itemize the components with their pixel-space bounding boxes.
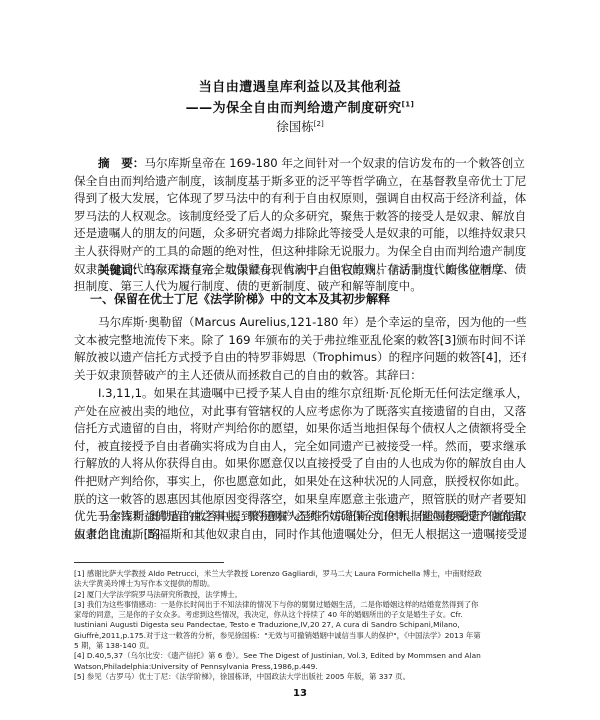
abstract-line: 罗马法的人权观念。该制度经受了后人的众多研究，聚焦于敕答的接受人是奴隶、解放自由… xyxy=(74,208,526,226)
footnote-4: [4] D.40,5,37（乌尔比安：《遗产信托》第 6 卷）。See The … xyxy=(74,651,526,661)
footnote-3-cont: 5 期，第 138-140 页。 xyxy=(74,641,526,651)
article-title-text: 当自由遭遇皇库利益以及其他利益 xyxy=(199,80,402,95)
abstract-label: 摘 要： xyxy=(98,156,144,170)
author-name: 徐国栋[2] xyxy=(0,117,600,135)
footnote-3: [3] 我们为这些事情感动：一是你长时间出于不知法律的情况下与你的舅舅过婚姻生活… xyxy=(74,600,526,610)
keywords-text: 马尔库斯皇帝；奴隶赎身；有利于自由权原则；信访制度；斯多亚哲学 xyxy=(144,263,503,277)
paragraph-line: 关于奴隶顶替破产的主人还债从而拯救自己的自由的敕答。其辞曰： xyxy=(74,367,526,385)
article-subtitle: ——为保全自由而判给遗产制度研究[1] xyxy=(0,97,600,116)
footnote-5: [5] 参见（古罗马）优士丁尼：《法学阶梯》，徐国栋译，中国政法大学出版社 20… xyxy=(74,672,526,682)
footnote-2: [2] 厦门大学法学院罗马法研究所教授，法学博士。 xyxy=(74,590,526,600)
keywords-label: 关键词： xyxy=(98,263,144,277)
footnote-3-cont: Giuffrè,2011,p.175.对于这一敕答的分析，参见徐国栋："无效与可… xyxy=(74,631,526,641)
article-title: 当自由遭遇皇库利益以及其他利益 xyxy=(0,76,600,95)
paragraph-line: 文本被完整地流传下来。除了 169 年颁布的关于弗拉维亚乱伦案的敕答[3]颁布时… xyxy=(74,332,526,350)
footnote-1: [1] 感谢比萨大学教授 Aldo Petrucci，米兰大学教授 Lorenz… xyxy=(74,569,526,579)
footnote-ref-1[interactable]: [1] xyxy=(402,101,415,109)
quote-line: 信托方式遗留的自由，将财产判给你的愿望，如果你适当地担保每个债权人之债额将受全额… xyxy=(74,420,526,438)
footnote-3-cont: Iustiniani Augusti Digesta seu Pandectae… xyxy=(74,620,526,630)
article-subtitle-text: ——为保全自由而判给遗产制度研究 xyxy=(186,101,402,116)
quote-line: 付，被直接授予自由者确实将成为自由人，完全如同遗产已被接受一样。然而，要求继承人… xyxy=(74,438,526,456)
document-page: 当自由遭遇皇库利益以及其他利益 ——为保全自由而判给遗产制度研究[1] 徐国栋[… xyxy=(0,0,600,720)
section-heading: 一、保留在优士丁尼《法学阶梯》中的文本及其初步解释 xyxy=(90,290,390,307)
paragraph-line: 马尔库斯·奥勒留的敕答中提到的遗嘱人是维尔京纽斯·瓦伦斯。他立遗嘱授予他的富有的 xyxy=(74,508,526,526)
abstract-line: 摘 要：马尔库斯皇帝在 169-180 年之间针对一个奴隶的信访发布的一个敕答创… xyxy=(74,155,526,173)
paragraph-2: 马尔库斯·奥勒留的敕答中提到的遗嘱人是维尔京纽斯·瓦伦斯。他立遗嘱授予他的富有的… xyxy=(74,508,526,543)
abstract-line: 还是遗嘱人的朋友的问题，众多研究者竭力排除此等接受人是奴隶的可能，以维持奴隶只能… xyxy=(74,225,526,243)
abstract-line: 主人获得财产的工具的命题的绝对性，但这种排除无说服力。为保全自由而判给遗产制度由… xyxy=(74,243,526,261)
abstract-text: 马尔库斯皇帝在 169-180 年之间针对一个奴隶的信访发布的一个敕答创立了为 xyxy=(144,156,526,170)
footnote-3-cont: 家母的同意，三是你的子女众多。考虑到这些情况，我决定，你从这个持续了 40 年的… xyxy=(74,610,526,620)
paragraph-line: 奴隶伯比流斯·路福斯和其他奴隶自由，同时作其他遗嘱处分，但无人根据这一遗嘱接受遗… xyxy=(74,526,526,544)
quote-line: 行解放的人将从你获得自由。如果你愿意仅以直接授受了自由的人也成为你的解放自由人为… xyxy=(74,455,526,473)
author-name-text: 徐国栋 xyxy=(276,119,314,134)
abstract-line: 保全自由而判给遗产制度，该制度基于斯多亚的泛平等哲学确立，在基督教皇帝优士丁尼手… xyxy=(74,173,526,191)
paragraph-1: 马尔库斯·奥勒留（Marcus Aurelius,121-180 年）是个幸运的… xyxy=(74,314,526,384)
quote-line: 产处在应被出卖的地位，对此事有管辖权的人应考虑你为了既落实直接遗留的自由，又落实… xyxy=(74,403,526,421)
page-number: 13 xyxy=(0,688,600,699)
footnote-1-cont: 法大学黄美玲博士为写作本文提供的帮助。 xyxy=(74,579,526,589)
footnote-ref-2[interactable]: [2] xyxy=(314,120,324,128)
keywords-line: 关键词：马尔库斯皇帝；奴隶赎身；有利于自由权原则；信访制度；斯多亚哲学 xyxy=(74,262,526,280)
footnote-separator xyxy=(74,562,224,563)
paragraph-line: 解放被以遗产信托方式授予自由的特罗菲姆思（Trophimus）的程序问题的敕答[… xyxy=(74,349,526,367)
quote-line: 件把财产判给你，事实上，你也愿意如此，如果处在这种状况的人同意，朕授权你如此。为… xyxy=(74,473,526,491)
paragraph-line: 马尔库斯·奥勒留（Marcus Aurelius,121-180 年）是个幸运的… xyxy=(74,314,526,332)
keywords: 关键词：马尔库斯皇帝；奴隶赎身；有利于自由权原则；信访制度；斯多亚哲学 xyxy=(74,262,526,280)
abstract-line: 得到了极大发展，它体现了罗马法中的有利于自由权原则，强调自由权高于经济利益，体现… xyxy=(74,190,526,208)
quote-line: I.3,11,1。如果在其遗嘱中已授予某人自由的维尔京纽斯·瓦伦斯无任何法定继承… xyxy=(74,385,526,403)
quote-line: 朕的这一敕答的恩惠因其他原因变得落空，如果皇库愿意主张遗产，照管朕的财产者要知道… xyxy=(74,491,526,509)
footnotes: [1] 感谢比萨大学教授 Aldo Petrucci，米兰大学教授 Lorenz… xyxy=(74,569,526,682)
footnote-4-cont: Watson,Philadelphia:University of Pennsy… xyxy=(74,662,526,672)
